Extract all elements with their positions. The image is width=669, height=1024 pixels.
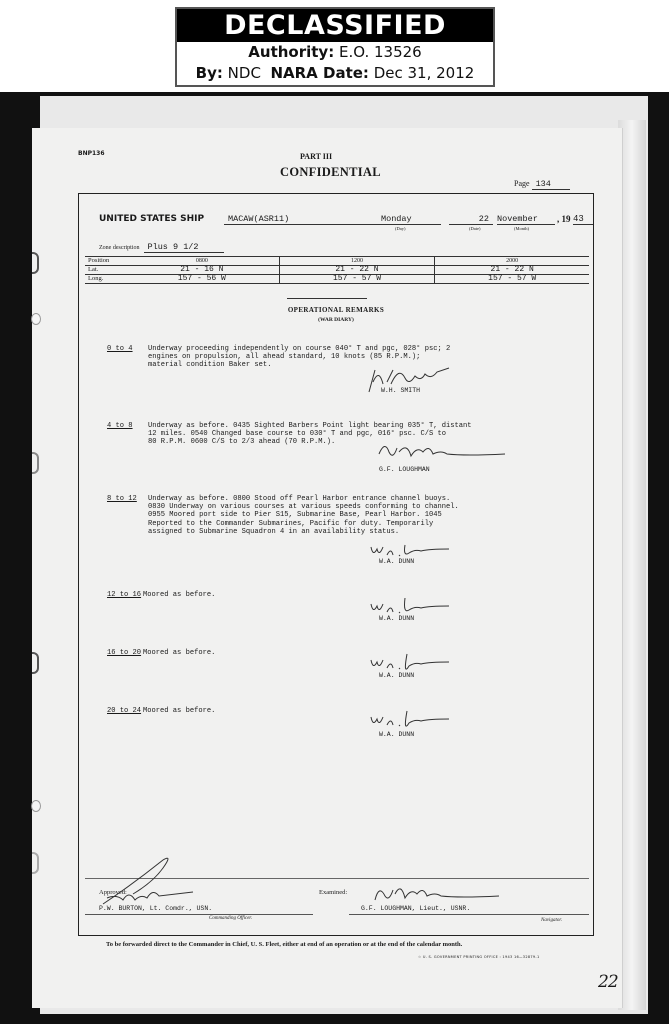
binder-clip-icon	[32, 852, 39, 874]
watch-period: 8 to 12	[107, 495, 137, 503]
authority-value: E.O. 13526	[339, 43, 422, 61]
entry-text: Moored as before.	[143, 707, 543, 715]
nara-date-value: Dec 31, 2012	[374, 64, 475, 82]
watch-period: 4 to 8	[107, 422, 133, 430]
form-id: BNP136	[78, 150, 105, 157]
remarks-title: OPERATIONAL REMARKS	[79, 306, 593, 314]
stamp-by-line: By: NDC NARA Date: Dec 31, 2012	[177, 63, 493, 84]
declassified-stamp: DECLASSIFIED Authority: E.O. 13526 By: N…	[175, 7, 495, 87]
binder-clip-icon	[32, 452, 39, 474]
printer-imprint: ☆ U. S. GOVERNMENT PRINTING OFFICE : 194…	[418, 955, 540, 959]
entry-text: Moored as before.	[143, 591, 543, 599]
signature-name: G.F. LOUGHMAN	[379, 466, 430, 473]
row-label: Long.	[85, 275, 125, 284]
punch-hole-icon	[31, 313, 41, 325]
page-number-value: 134	[532, 179, 570, 190]
navigator-title: Navigator.	[541, 918, 562, 923]
entry-text: Underway as before. 0800 Stood off Pearl…	[148, 495, 548, 536]
row-label: Lat.	[85, 266, 125, 275]
entry-text: Underway proceeding independently on cou…	[148, 345, 548, 370]
signature-scrawl-icon	[93, 854, 203, 910]
authority-label: Authority:	[248, 43, 334, 61]
long-cell: 157 - 57 W	[279, 275, 435, 284]
signature-line	[349, 914, 589, 915]
table-row: Long. 157 - 56 W 157 - 57 W 157 - 57 W	[85, 275, 589, 284]
punch-hole-icon	[31, 800, 41, 812]
zone-value: Plus 9 1/2	[144, 242, 224, 253]
binder-clip-icon	[32, 252, 39, 274]
page-number: Page134	[514, 179, 570, 190]
month-label: (Month)	[514, 226, 529, 231]
signature-line	[85, 914, 313, 915]
day-value: Monday	[381, 214, 441, 225]
stamp-title: DECLASSIFIED	[177, 9, 493, 42]
part-label: PART III	[300, 152, 332, 161]
watch-period: 16 to 20	[107, 649, 141, 657]
binder-clip-icon	[32, 652, 39, 674]
handwritten-page-number: 22	[598, 972, 618, 992]
by-value: NDC	[228, 64, 261, 82]
position-table: Position 0800 1200 2000 Lat. 21 - 16 N 2…	[85, 256, 589, 284]
long-cell: 157 - 57 W	[435, 275, 589, 284]
stamp-authority: Authority: E.O. 13526	[177, 42, 493, 63]
war-diary-form: UNITED STATES SHIP MACAW(ASR11) Monday (…	[78, 193, 594, 936]
watch-period: 0 to 4	[107, 345, 133, 353]
long-cell: 157 - 56 W	[125, 275, 279, 284]
date-label: (Date)	[469, 226, 481, 231]
watch-period: 12 to 16	[107, 591, 141, 599]
watch-period: 20 to 24	[107, 707, 141, 715]
row-label: Position	[85, 257, 125, 266]
year-value: 43	[573, 214, 593, 225]
classification-label: CONFIDENTIAL	[280, 165, 381, 180]
signature-name: W.A. DUNN	[379, 672, 414, 679]
signature-scrawl-icon	[375, 438, 515, 464]
signature-scrawl-icon	[369, 709, 459, 733]
signature-scrawl-icon	[369, 880, 509, 906]
by-label: By:	[196, 64, 223, 82]
entry-text: Moored as before.	[143, 649, 543, 657]
signature-name: W.A. DUNN	[379, 731, 414, 738]
navigator-name: G.F. LOUGHMAN, Lieut., USNR.	[361, 905, 470, 912]
nara-date-label: NARA Date:	[270, 64, 368, 82]
signature-name: W.A. DUNN	[379, 558, 414, 565]
examined-label: Examined:	[319, 889, 347, 896]
page-label: Page	[514, 179, 530, 188]
ship-label: UNITED STATES SHIP	[99, 214, 204, 224]
signature-name: W.A. DUNN	[379, 615, 414, 622]
forwarding-instruction: To be forwarded direct to the Commander …	[106, 941, 462, 948]
signature-name: W.H. SMITH	[381, 387, 420, 394]
commanding-officer-title: Commanding Officer.	[209, 916, 252, 921]
divider	[287, 298, 367, 299]
remarks-subtitle: (WAR DIARY)	[79, 317, 593, 323]
page-edge-shadow	[618, 120, 646, 1010]
commanding-officer-name: P.W. BURTON, Lt. Comdr., USN.	[99, 905, 212, 912]
date-value: 22	[449, 214, 493, 225]
zone-label: Zone description	[99, 245, 140, 251]
day-label: (Day)	[395, 226, 406, 231]
year-prefix: , 19	[557, 214, 571, 224]
zone-description: Zone descriptionPlus 9 1/2	[99, 242, 224, 253]
month-value: November	[497, 214, 555, 225]
